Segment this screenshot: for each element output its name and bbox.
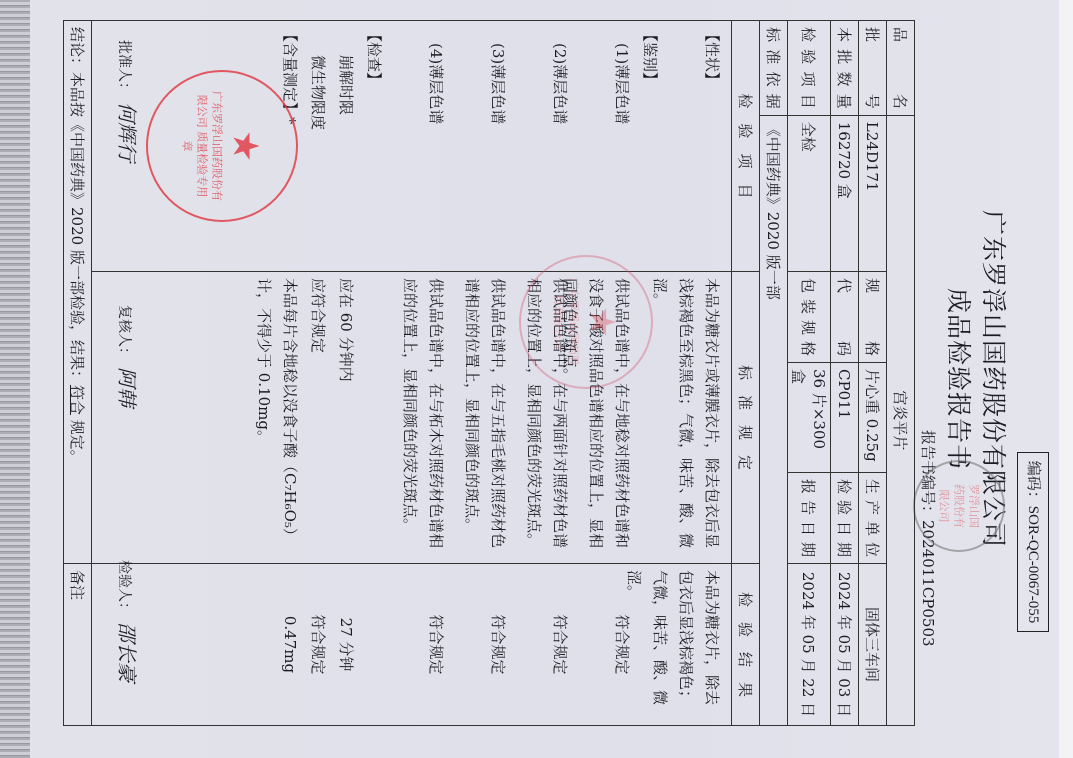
top-company-seal: 罗浮山国药股份有限公司 [913, 460, 1005, 552]
product-name-value: 宫炎平片 [887, 115, 915, 725]
document-code: 编码：SOR-QC-0067-055 [1017, 452, 1049, 632]
item-value: 全检 [788, 115, 831, 271]
code-value: CP011 [831, 363, 859, 473]
standard-label: 标准依据 [760, 21, 788, 116]
conclusion-suffix: 规定。 [68, 415, 86, 465]
test-standard [359, 278, 387, 557]
test-result [359, 570, 387, 719]
quantity-label: 本批数量 [831, 21, 859, 116]
test-item: 【鉴别】 [635, 27, 663, 265]
test-standard: 应符合规定 [303, 278, 331, 557]
row-item: 检验项目 全检 包装规格 36 片×300 盒 报告日期 2024 年 05 月… [788, 21, 831, 726]
test-item: (2)薄层色谱 [511, 27, 573, 265]
faded-red-seal: ★广东罗浮山国药股份有限公司 [519, 255, 653, 389]
conclusion-verdict: 符合 [68, 385, 86, 415]
test-result: 本品为糖衣片，除去包衣后显浅棕褐色；气微，味苦、酸、微涩。 [663, 570, 725, 719]
column-header-standard: 标 准 规 定 [732, 272, 760, 564]
report-date-label: 报告日期 [788, 473, 831, 564]
spec-value: 片心重 0.25g [859, 363, 887, 473]
test-standard: 本品为糖衣片或薄膜衣片，除去包衣后显浅棕褐色至棕黑色；气微，味苦、酸、微涩。 [663, 278, 725, 557]
item-label: 检验项目 [788, 21, 831, 116]
package-label: 包装规格 [788, 272, 831, 363]
test-result: 符合规定 [511, 570, 573, 719]
report-date-value: 2024 年 05 月 22 日 [788, 564, 831, 726]
star-icon: ★ [581, 275, 621, 369]
test-result: 符合规定 [387, 570, 449, 719]
test-result: 0.47mg [241, 570, 303, 719]
report-title: 成品检验报告书 [942, 0, 978, 758]
test-result: 符合规定 [303, 570, 331, 719]
row-column-headers: 检 验 项 目 标 准 规 定 检 验 结 果 [732, 21, 760, 726]
results-column: 本品为糖衣片，除去包衣后显浅棕褐色；气微，味苦、酸、微涩。符合规定符合规定符合规… [92, 564, 732, 726]
reviewer-signature: 复核人：阿韩 [114, 305, 143, 407]
test-item: (4)薄层色谱 [387, 27, 449, 265]
inspect-date-label: 检验日期 [831, 473, 859, 564]
standard-value: 《中国药典》2020 版一部 [760, 115, 788, 725]
producer-value: 固体三车间 [859, 564, 887, 726]
company-red-seal: ★广东罗浮山国药股份有限公司 质量检验专用章 [146, 70, 298, 222]
inspector-signature: 检验人：邵长豪 [114, 560, 143, 682]
row-conclusion: 结论：本品按《中国药典》2020 版一部检验，结果：符合 规定。 备注 [64, 21, 92, 726]
test-item: (3)薄层色谱 [449, 27, 511, 265]
conclusion-text: 结论：本品按《中国药典》2020 版一部检验，结果：符合 规定。 [64, 21, 92, 564]
code-label: 代 码 [831, 272, 859, 363]
producer-label: 生产单位 [859, 473, 887, 564]
test-item: 崩解时限 [331, 27, 359, 265]
approver-signature: 批准人：何辉行 [114, 40, 143, 162]
test-standard: 供试品色谱中，在与柘木对照药材色谱相应的位置上，显相同颜色的荧光斑点。 [387, 278, 449, 557]
test-item: 【检查】 [359, 27, 387, 265]
test-item: (1)薄层色谱 [573, 27, 635, 265]
remark-cell: 备注 [64, 564, 92, 726]
scan-top-edge [1059, 0, 1073, 758]
test-standard: 本品每片含地稔以没食子酸（C₇H₆O₅）计，不得少于 0.10mg。 [241, 278, 303, 557]
inspect-date-value: 2024 年 05 月 03 日 [831, 564, 859, 726]
product-name-label: 品 名 [887, 21, 915, 116]
column-header-result: 检 验 结 果 [732, 564, 760, 726]
conclusion-prefix: 结论：本品按《中国药典》2020 版一部检验，结果： [68, 27, 86, 385]
quantity-value: 162720 盒 [831, 115, 859, 271]
scan-bottom-edge [0, 0, 30, 758]
row-batch: 批 号 L24D171 规 格 片心重 0.25g 生产单位 固体三车间 [859, 21, 887, 726]
remark-label: 备注 [68, 570, 86, 600]
batch-label: 批 号 [859, 21, 887, 116]
company-name: 广东罗浮山国药股份有限公司 [977, 0, 1013, 758]
test-result: 27 分钟 [331, 570, 359, 719]
row-standard: 标准依据 《中国药典》2020 版一部 [760, 21, 788, 726]
test-result: 符合规定 [449, 570, 511, 719]
test-item: 【性状】 [663, 27, 725, 265]
test-standard: 应在 60 分钟内 [331, 278, 359, 557]
inspection-report-page: 编码：SOR-QC-0067-055 广东罗浮山国药股份有限公司 成品检验报告书… [0, 0, 1073, 758]
package-value: 36 片×300 盒 [788, 363, 831, 473]
test-item: 微生物限度 [303, 27, 331, 265]
row-product-name: 品 名 宫炎平片 [887, 21, 915, 726]
batch-value: L24D171 [859, 115, 887, 271]
test-standard: 供试品色谱中，在与五指毛桃对照药材色谱相应的位置上，显相同颜色的斑点。 [449, 278, 511, 557]
star-icon: ★ [225, 90, 265, 202]
spec-label: 规 格 [859, 272, 887, 363]
column-header-item: 检 验 项 目 [732, 21, 760, 272]
row-quantity: 本批数量 162720 盒 代 码 CP011 检验日期 2024 年 05 月… [831, 21, 859, 726]
